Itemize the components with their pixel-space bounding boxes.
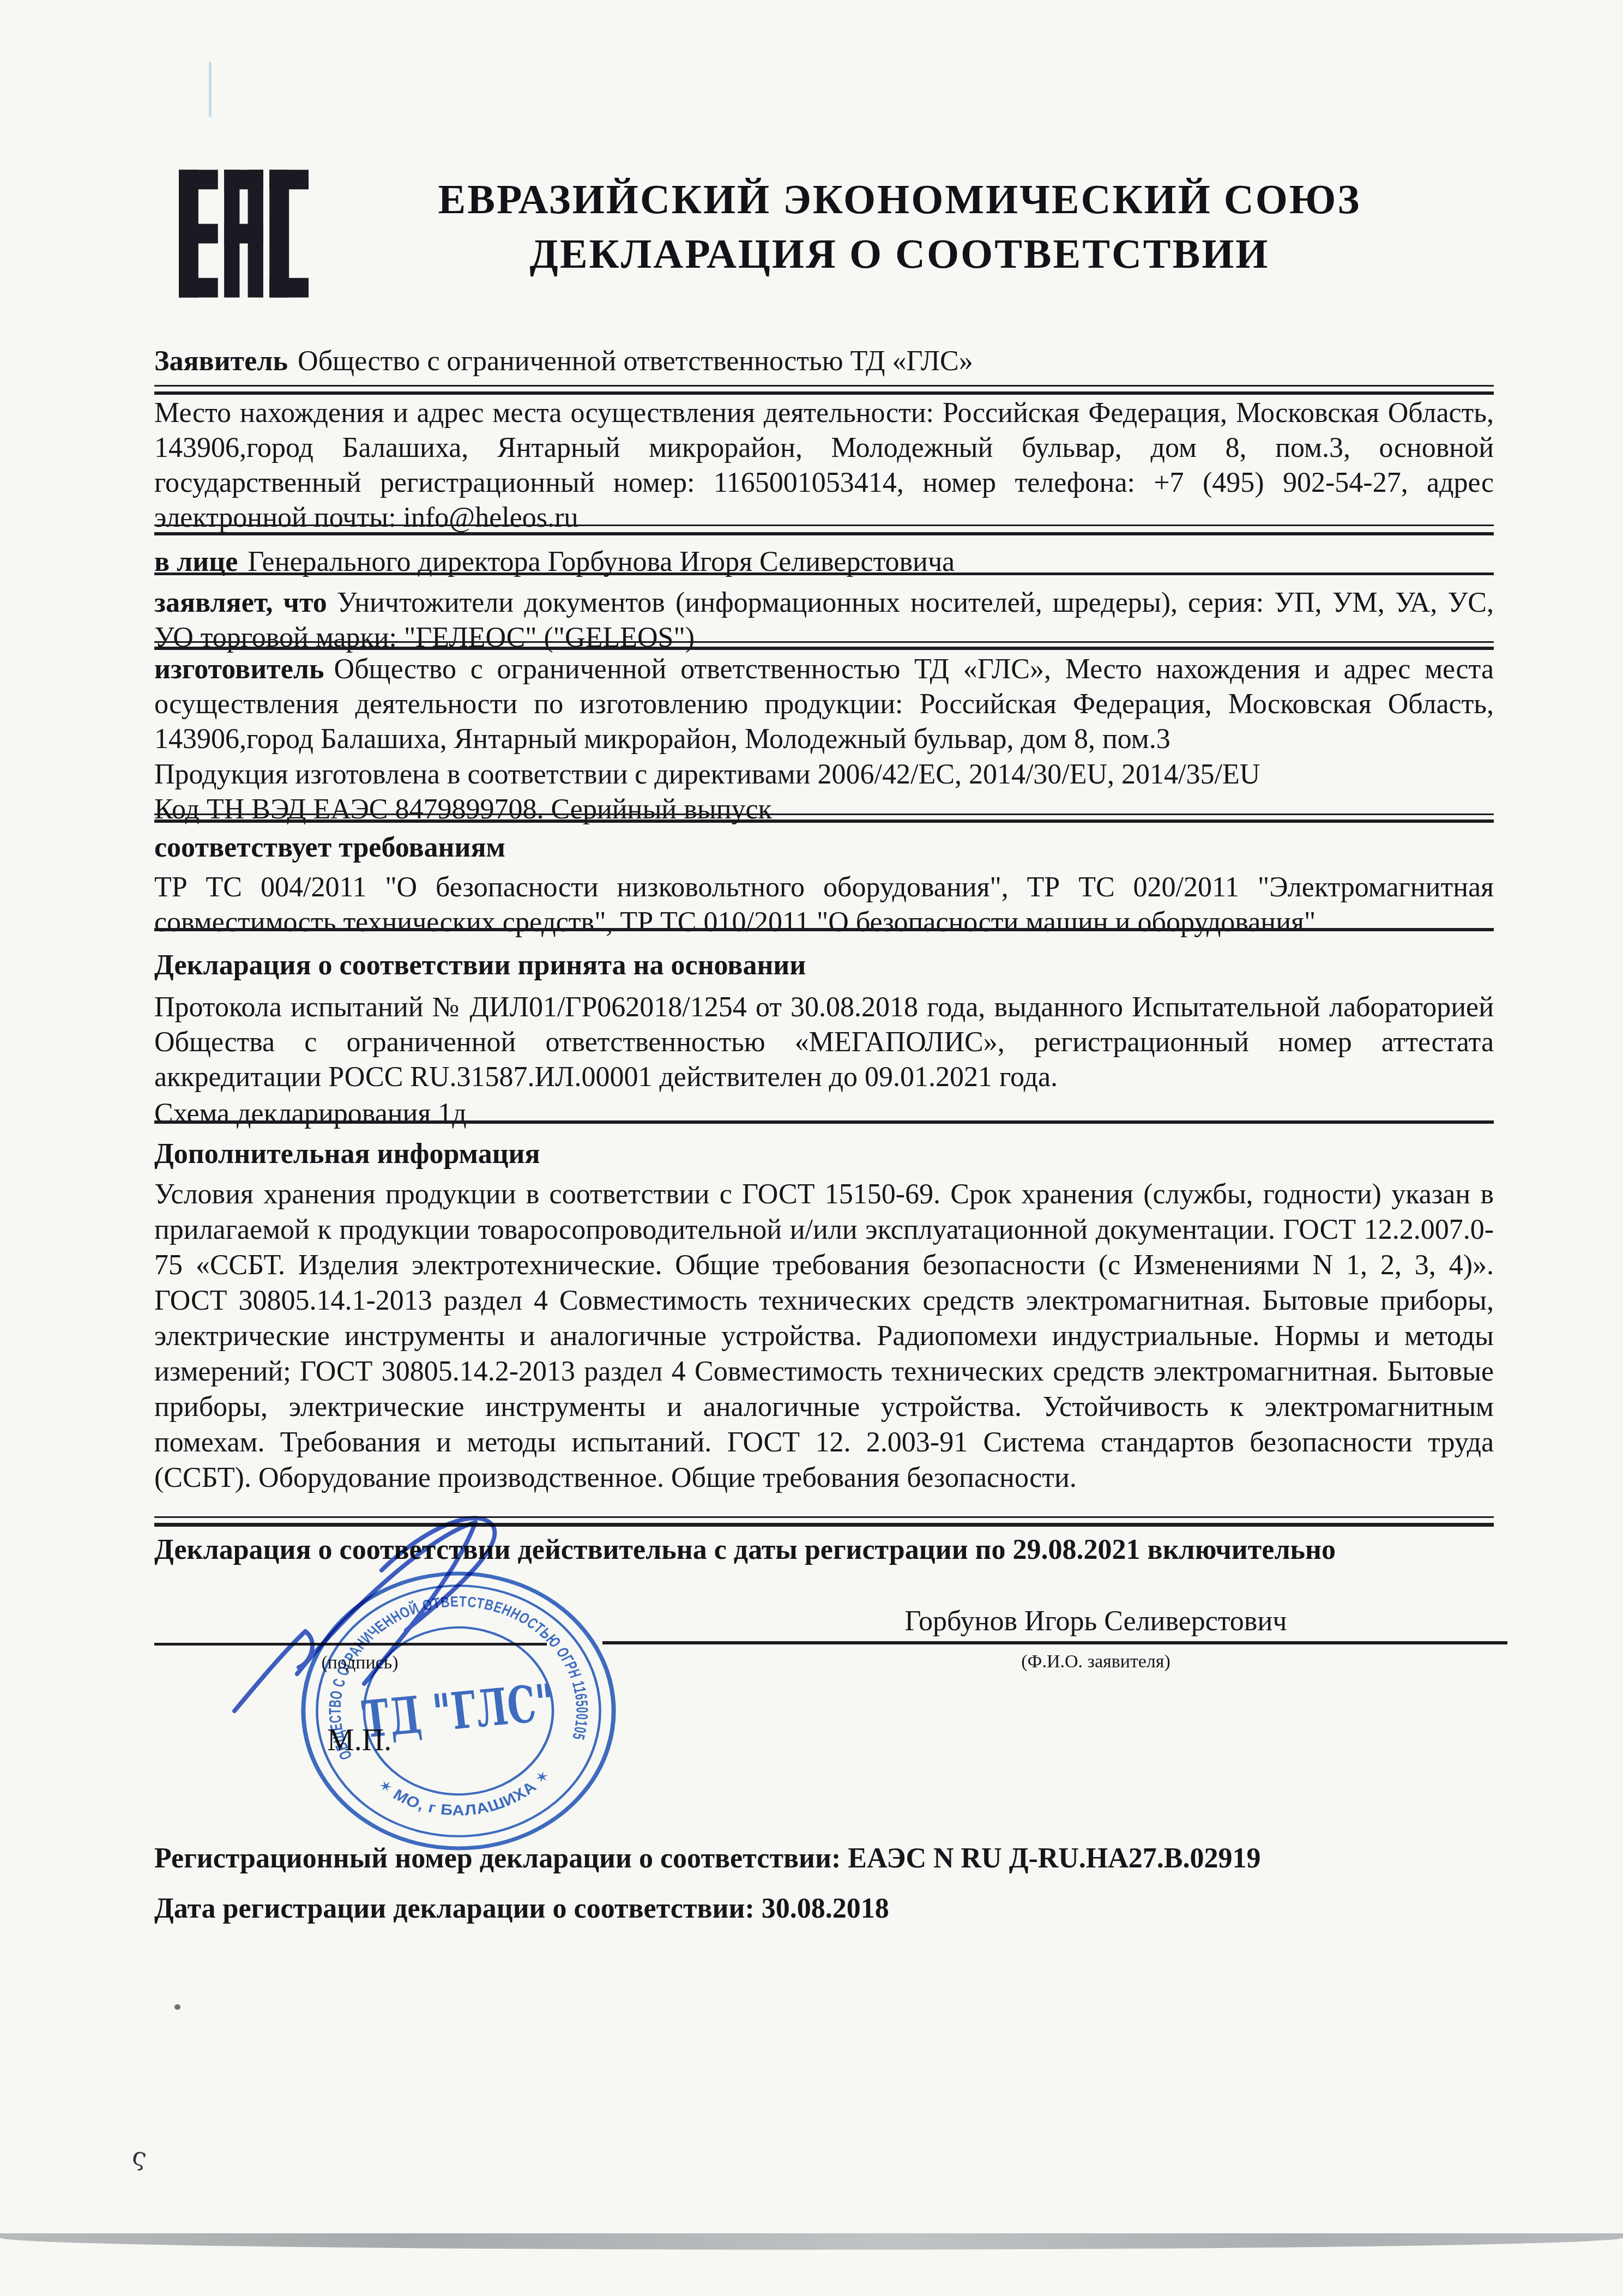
manufacturer-value: Общество с ограниченной ответственностью… <box>154 654 1494 755</box>
fio-caption: (Ф.И.О. заявителя) <box>643 1651 1548 1673</box>
registration-number-value: ЕАЭС N RU Д-RU.НА27.В.02919 <box>848 1843 1260 1874</box>
scan-artifact-curl: ς <box>130 2141 149 2172</box>
scan-artifact-dot <box>174 2004 180 2010</box>
basis-paragraph: Протокола испытаний № ДИЛ01/ГР062018/125… <box>154 990 1494 1095</box>
scan-artifact-blue-tick <box>209 62 212 117</box>
divider-rule <box>154 391 1494 395</box>
signature-scribble <box>207 1506 556 1724</box>
applicant-line: ЗаявительОбщество с ограниченной ответст… <box>154 345 1494 378</box>
divider-rule <box>154 647 1494 650</box>
page-title-line1: ЕВРАЗИЙСКИЙ ЭКОНОМИЧЕСКИЙ СОЮЗ <box>305 173 1494 226</box>
divider-rule <box>154 1120 1494 1124</box>
applicant-address-paragraph: Место нахождения и адрес места осуществл… <box>154 396 1494 535</box>
meets-requirements-heading: соответствует требованиям <box>154 831 1494 865</box>
manufacturer-directives-line: Продукция изготовлена в соответствии с д… <box>154 758 1494 792</box>
registration-number-line: Регистрационный номер декларации о соотв… <box>154 1842 1494 1876</box>
divider-rule <box>154 641 1494 643</box>
divider-rule <box>154 819 1494 823</box>
applicant-value: Общество с ограниченной ответственностью… <box>298 346 973 377</box>
registration-date-label: Дата регистрации декларации о соответств… <box>154 1893 755 1924</box>
additional-info-paragraph: Условия хранения продукции в соответстви… <box>154 1177 1494 1496</box>
manufacturer-label: изготовитель <box>154 654 324 685</box>
registration-date-line: Дата регистрации декларации о соответств… <box>154 1892 1494 1926</box>
manufacturer-paragraph: изготовительОбщество с ограниченной отве… <box>154 652 1494 757</box>
basis-heading: Декларация о соответствии принята на осн… <box>154 949 1494 983</box>
scan-bottom-edge-shadow <box>0 2233 1623 2250</box>
additional-info-heading: Дополнительная информация <box>154 1137 1494 1171</box>
divider-rule <box>154 813 1494 815</box>
divider-rule <box>154 532 1494 535</box>
applicant-label: Заявитель <box>154 346 288 377</box>
divider-rule <box>154 573 1494 575</box>
product-declaration-paragraph: заявляет, чтоУничтожители документов (ин… <box>154 586 1494 655</box>
divider-rule <box>154 385 1494 387</box>
declares-label: заявляет, что <box>154 587 327 618</box>
signer-name-line <box>602 1641 1507 1644</box>
scheme-line: Схема декларирования 1д <box>154 1097 1494 1131</box>
divider-rule <box>154 928 1494 931</box>
divider-rule <box>154 525 1494 526</box>
registration-number-label: Регистрационный номер декларации о соотв… <box>154 1843 841 1874</box>
signer-name: Горбунов Игорь Селиверстович <box>643 1605 1548 1638</box>
scanned-declaration-page: ς ЕВРАЗИЙСКИЙ ЭКОНОМИЧЕСКИЙ СОЮЗ ДЕКЛАРА… <box>0 0 1623 2296</box>
eac-logo-icon <box>179 167 309 300</box>
registration-date-value: 30.08.2018 <box>762 1893 889 1924</box>
declares-value: Уничтожители документов (информационных … <box>154 587 1494 653</box>
page-title-line2: ДЕКЛАРАЦИЯ О СООТВЕТСТВИИ <box>305 228 1494 280</box>
